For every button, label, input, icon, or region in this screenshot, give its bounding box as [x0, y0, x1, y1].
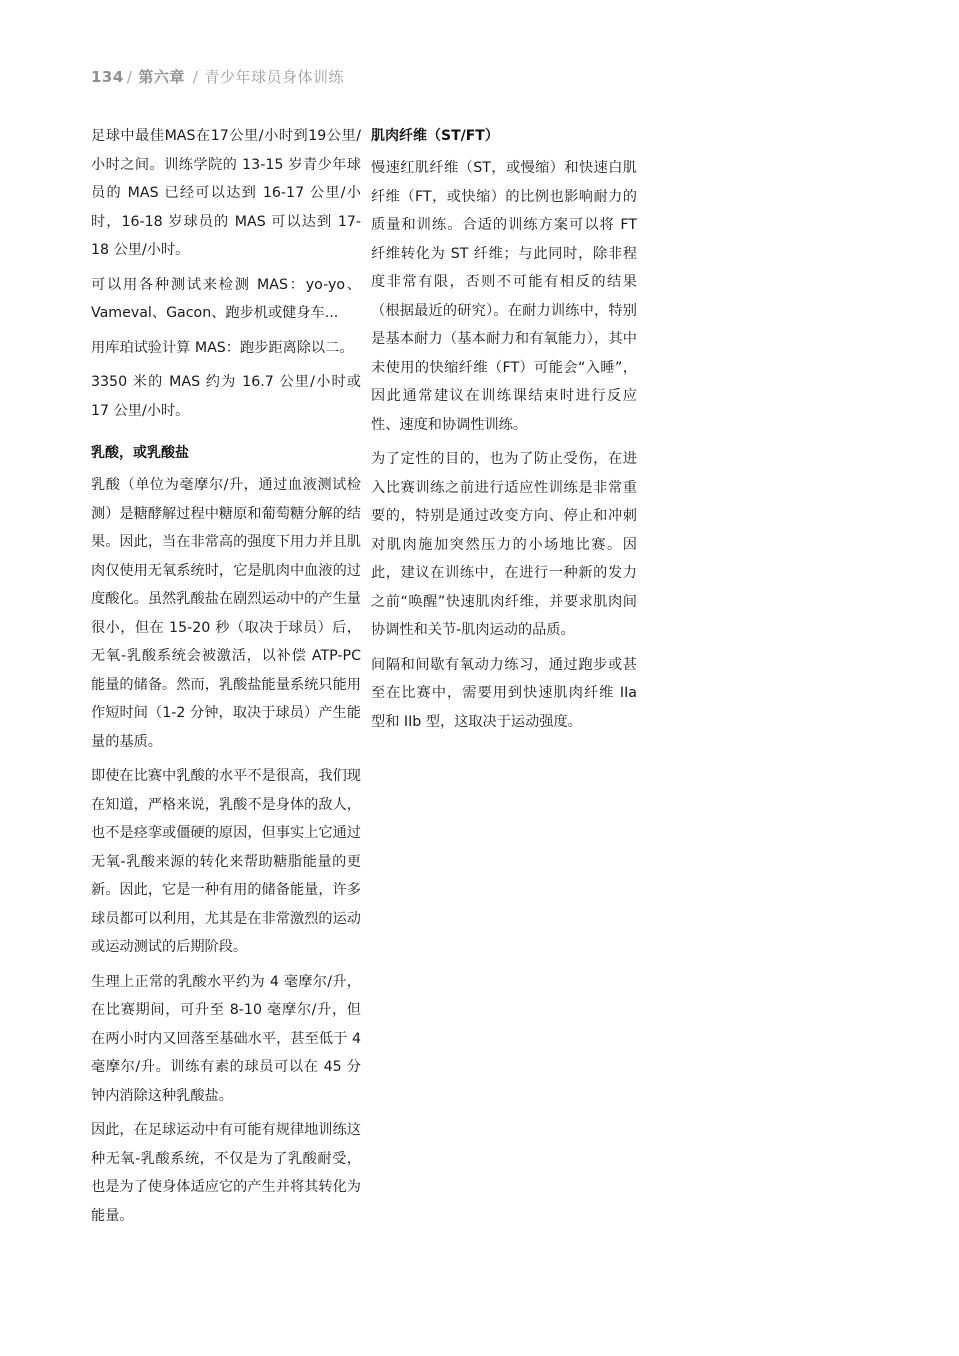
left-column: 足球中最佳MAS在17公里/小时到19公里/小时之间。训练学院的 13-15 岁… [91, 122, 361, 1236]
paragraph: 可以用各种测试来检测 MAS：yo-yo、Vameval、Gacon、跑步机或健… [91, 271, 361, 328]
header-separator: / [127, 68, 133, 86]
running-header: 134/第六章/青少年球员身体训练 [91, 66, 344, 87]
paragraph: 即使在比赛中乳酸的水平不是很高，我们现在知道，严格来说，乳酸不是身体的敌人，也不… [91, 762, 361, 962]
chapter-label: 第六章 [138, 68, 185, 86]
section-heading-muscle-fibers: 肌肉纤维（ST/FT） [371, 122, 637, 150]
paragraph: 间隔和间歇有氧动力练习，通过跑步或甚至在比赛中，需要用到快速肌肉纤维 IIa 型… [371, 651, 637, 737]
header-separator: / [193, 68, 199, 86]
paragraph: 慢速红肌纤维（ST，或慢缩）和快速白肌纤维（FT，或快缩）的比例也影响耐力的质量… [371, 154, 637, 439]
paragraph: 因此，在足球运动中有可能有规律地训练这种无氧-乳酸系统，不仅是为了乳酸耐受，也是… [91, 1116, 361, 1230]
paragraph: 用库珀试验计算 MAS：跑步距离除以二。 [91, 334, 361, 363]
paragraph: 3350 米的 MAS 约为 16.7 公里/小时或 17 公里/小时。 [91, 368, 361, 425]
right-column: 肌肉纤维（ST/FT） 慢速红肌纤维（ST，或慢缩）和快速白肌纤维（FT，或快缩… [371, 122, 637, 742]
section-title: 青少年球员身体训练 [204, 68, 344, 86]
section-heading-lactic-acid: 乳酸，或乳酸盐 [91, 439, 361, 467]
paragraph: 足球中最佳MAS在17公里/小时到19公里/小时之间。训练学院的 13-15 岁… [91, 122, 361, 265]
paragraph: 乳酸（单位为毫摩尔/升，通过血液测试检测）是糖酵解过程中糖原和葡萄糖分解的结果。… [91, 471, 361, 756]
page-number: 134 [91, 68, 124, 86]
paragraph: 生理上正常的乳酸水平约为 4 毫摩尔/升，在比赛期间，可升至 8-10 毫摩尔/… [91, 968, 361, 1111]
paragraph: 为了定性的目的，也为了防止受伤，在进入比赛训练之前进行适应性训练是非常重要的，特… [371, 445, 637, 645]
